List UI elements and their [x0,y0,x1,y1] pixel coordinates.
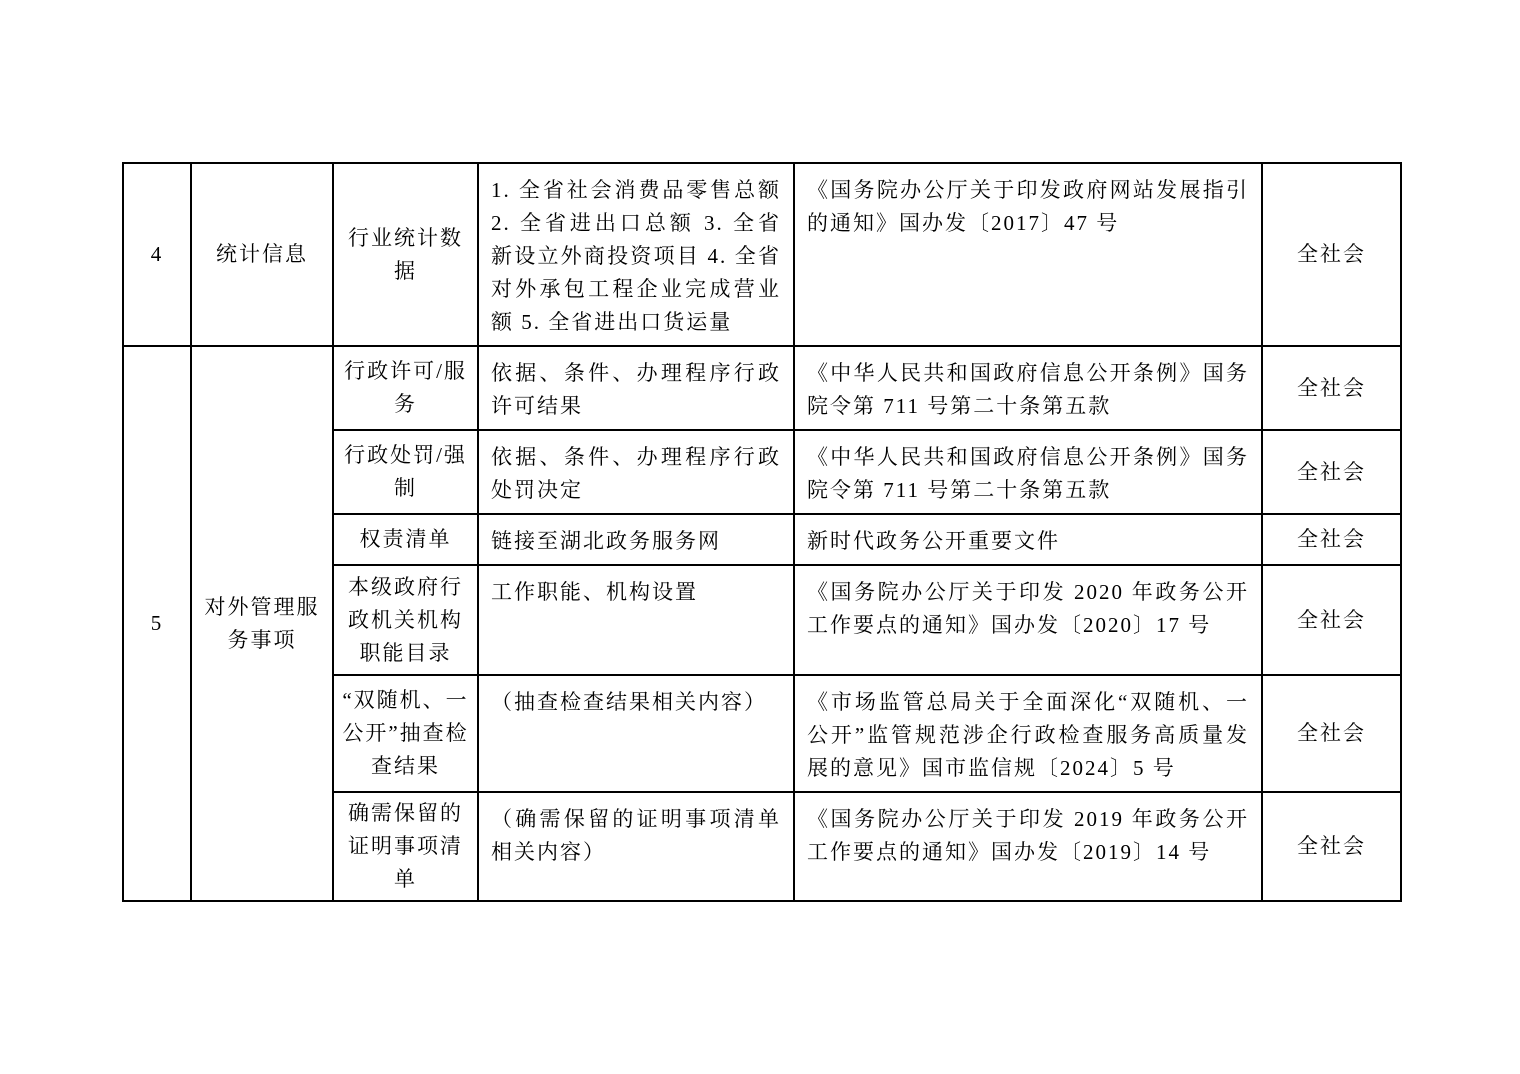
row-5-item-1-name: 行政许可/服务 [333,346,478,430]
row-5-item-4-name: 本级政府行政机关机构职能目录 [333,565,478,675]
row-5-item-6-content: （确需保留的证明事项清单相关内容） [478,792,794,901]
row-5-item-5-audience: 全社会 [1262,675,1401,792]
row-5-item-6-basis: 《国务院办公厅关于印发 2019 年政务公开工作要点的通知》国办发〔2019〕1… [794,792,1262,901]
row-5-item-1-basis: 《中华人民共和国政府信息公开条例》国务院令第 711 号第二十条第五款 [794,346,1262,430]
row-5-item-4-content: 工作职能、机构设置 [478,565,794,675]
document-page: 4 统计信息 行业统计数据 1. 全省社会消费品零售总额 2. 全省进出口总额 … [0,0,1520,1074]
row-5-item-4-basis: 《国务院办公厅关于印发 2020 年政务公开工作要点的通知》国办发〔2020〕1… [794,565,1262,675]
disclosure-items-table: 4 统计信息 行业统计数据 1. 全省社会消费品零售总额 2. 全省进出口总额 … [122,162,1402,902]
row-4-category: 统计信息 [191,163,333,346]
row-4-item-audience: 全社会 [1262,163,1401,346]
row-5-item-2-content: 依据、条件、办理程序行政处罚决定 [478,430,794,514]
row-4-item-content: 1. 全省社会消费品零售总额 2. 全省进出口总额 3. 全省新设立外商投资项目… [478,163,794,346]
row-5-item-5-name: “双随机、一公开”抽查检查结果 [333,675,478,792]
row-5-number: 5 [123,346,191,901]
row-5-item-2-name: 行政处罚/强制 [333,430,478,514]
row-5-item-3-basis: 新时代政务公开重要文件 [794,514,1262,565]
row-5-item-3-content: 链接至湖北政务服务网 [478,514,794,565]
table-row: 4 统计信息 行业统计数据 1. 全省社会消费品零售总额 2. 全省进出口总额 … [123,163,1401,346]
table-row: 5 对外管理服务事项 行政许可/服务 依据、条件、办理程序行政许可结果 《中华人… [123,346,1401,430]
row-4-item-name: 行业统计数据 [333,163,478,346]
row-5-item-1-audience: 全社会 [1262,346,1401,430]
row-5-item-2-basis: 《中华人民共和国政府信息公开条例》国务院令第 711 号第二十条第五款 [794,430,1262,514]
row-5-item-5-content: （抽查检查结果相关内容） [478,675,794,792]
row-5-item-6-audience: 全社会 [1262,792,1401,901]
row-5-item-1-content: 依据、条件、办理程序行政许可结果 [478,346,794,430]
row-5-item-5-basis: 《市场监管总局关于全面深化“双随机、一公开”监管规范涉企行政检查服务高质量发展的… [794,675,1262,792]
row-5-category: 对外管理服务事项 [191,346,333,901]
row-5-item-3-name: 权责清单 [333,514,478,565]
row-5-item-3-audience: 全社会 [1262,514,1401,565]
row-4-item-basis: 《国务院办公厅关于印发政府网站发展指引的通知》国办发〔2017〕47 号 [794,163,1262,346]
row-5-item-2-audience: 全社会 [1262,430,1401,514]
row-4-number: 4 [123,163,191,346]
row-5-item-6-name: 确需保留的证明事项清单 [333,792,478,901]
row-5-item-4-audience: 全社会 [1262,565,1401,675]
